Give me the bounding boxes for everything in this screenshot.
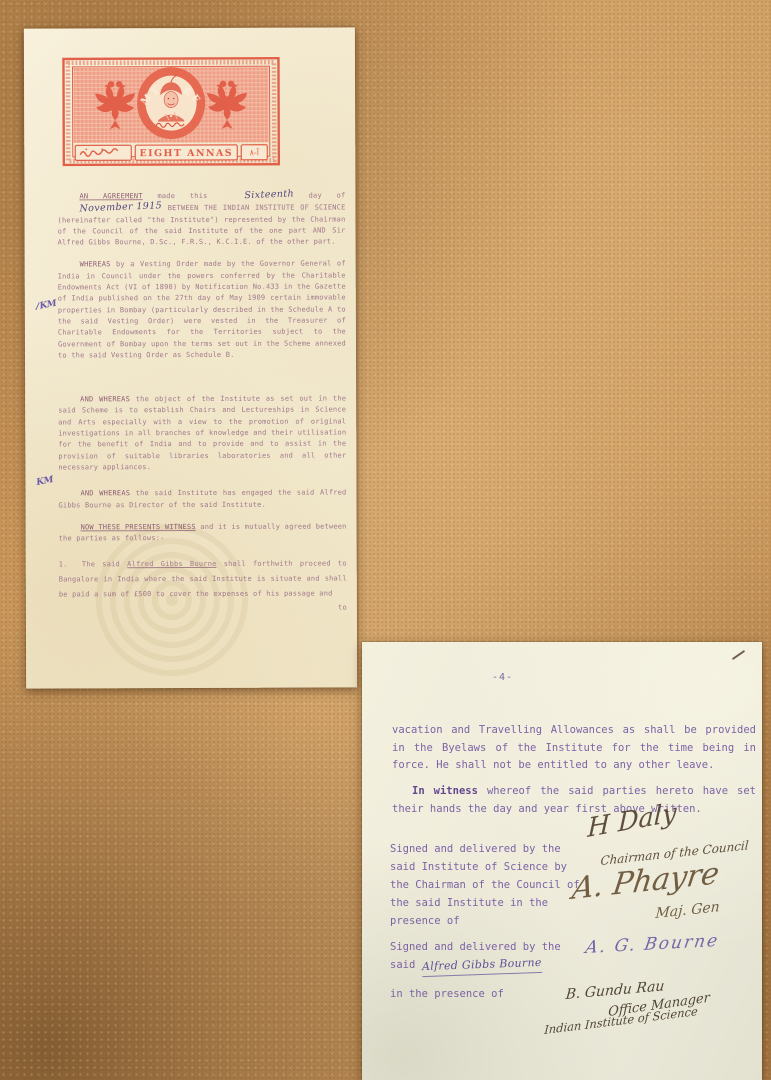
- opening-paragraph: AN AGREEMENT made this Sixteenth day of …: [57, 189, 345, 248]
- and-whereas-lead: AND WHEREAS: [80, 395, 130, 403]
- denomination-text: EIGHT ANNAS: [140, 148, 234, 159]
- pen-tick-mark: [732, 650, 745, 660]
- handwritten-day: Sixteenth: [222, 188, 294, 202]
- in-witness-lead: In witness: [412, 785, 478, 797]
- margin-initials-2: KM: [36, 475, 54, 488]
- pen-slash-mark: /: [36, 302, 39, 312]
- scanned-document-photo: MYSORE: [0, 0, 771, 1080]
- catchword: to: [59, 603, 347, 615]
- operative-clause: NOW THESE PRESENTS WITNESS and it is mut…: [59, 521, 347, 545]
- and-whereas-lead-2: AND WHEREAS: [80, 489, 130, 497]
- page-number: -4-: [492, 672, 513, 683]
- attestation-bourne: Signed and delivered by the said Alfred …: [390, 938, 582, 975]
- agreement-page-1: MYSORE: [24, 27, 357, 688]
- signature-phayre: A. Phayre: [570, 856, 721, 907]
- clause-1-name: Alfred Gibbs Bourne: [127, 560, 216, 568]
- attestation-presence: in the presence of: [390, 985, 582, 1003]
- recital-object-of-institute: AND WHEREAS the object of the Institute …: [58, 394, 346, 474]
- margin-initials-1: /KM: [35, 299, 57, 312]
- handwritten-date: November 1915: [57, 201, 162, 216]
- clause-1: 1. The said Alfred Gibbs Bourne shall fo…: [59, 557, 347, 603]
- signature-bourne: A. G. Bourne: [584, 931, 721, 958]
- agreement-page-4: -4- vacation and Travelling Allowances a…: [362, 642, 762, 1080]
- opening-lead: AN AGREEMENT: [79, 192, 142, 200]
- handwritten-bourne-name: Alfred Gibbs Bourne: [421, 954, 541, 977]
- signature-phayre-title: Maj. Gen: [655, 899, 720, 922]
- mysore-revenue-stamp: MYSORE: [62, 57, 280, 167]
- in-witness-paragraph: In witness whereof the said parties here…: [392, 783, 756, 818]
- whereas-lead: WHEREAS: [80, 261, 111, 269]
- attestation-institute: Signed and delivered by the said Institu…: [390, 840, 582, 930]
- now-these-presents-lead: NOW THESE PRESENTS WITNESS: [81, 523, 196, 531]
- kannada-tablet: [75, 145, 131, 160]
- recital-engagement: AND WHEREAS the said Institute has engag…: [58, 488, 346, 512]
- leave-paragraph: vacation and Travelling Allowances as sh…: [392, 722, 756, 775]
- page1-typed-body: AN AGREEMENT made this Sixteenth day of …: [57, 189, 346, 615]
- recital-vesting-order: WHEREAS by a Vesting Order made by the G…: [58, 259, 346, 362]
- urdu-denomination-text: ۸-آ: [250, 147, 260, 157]
